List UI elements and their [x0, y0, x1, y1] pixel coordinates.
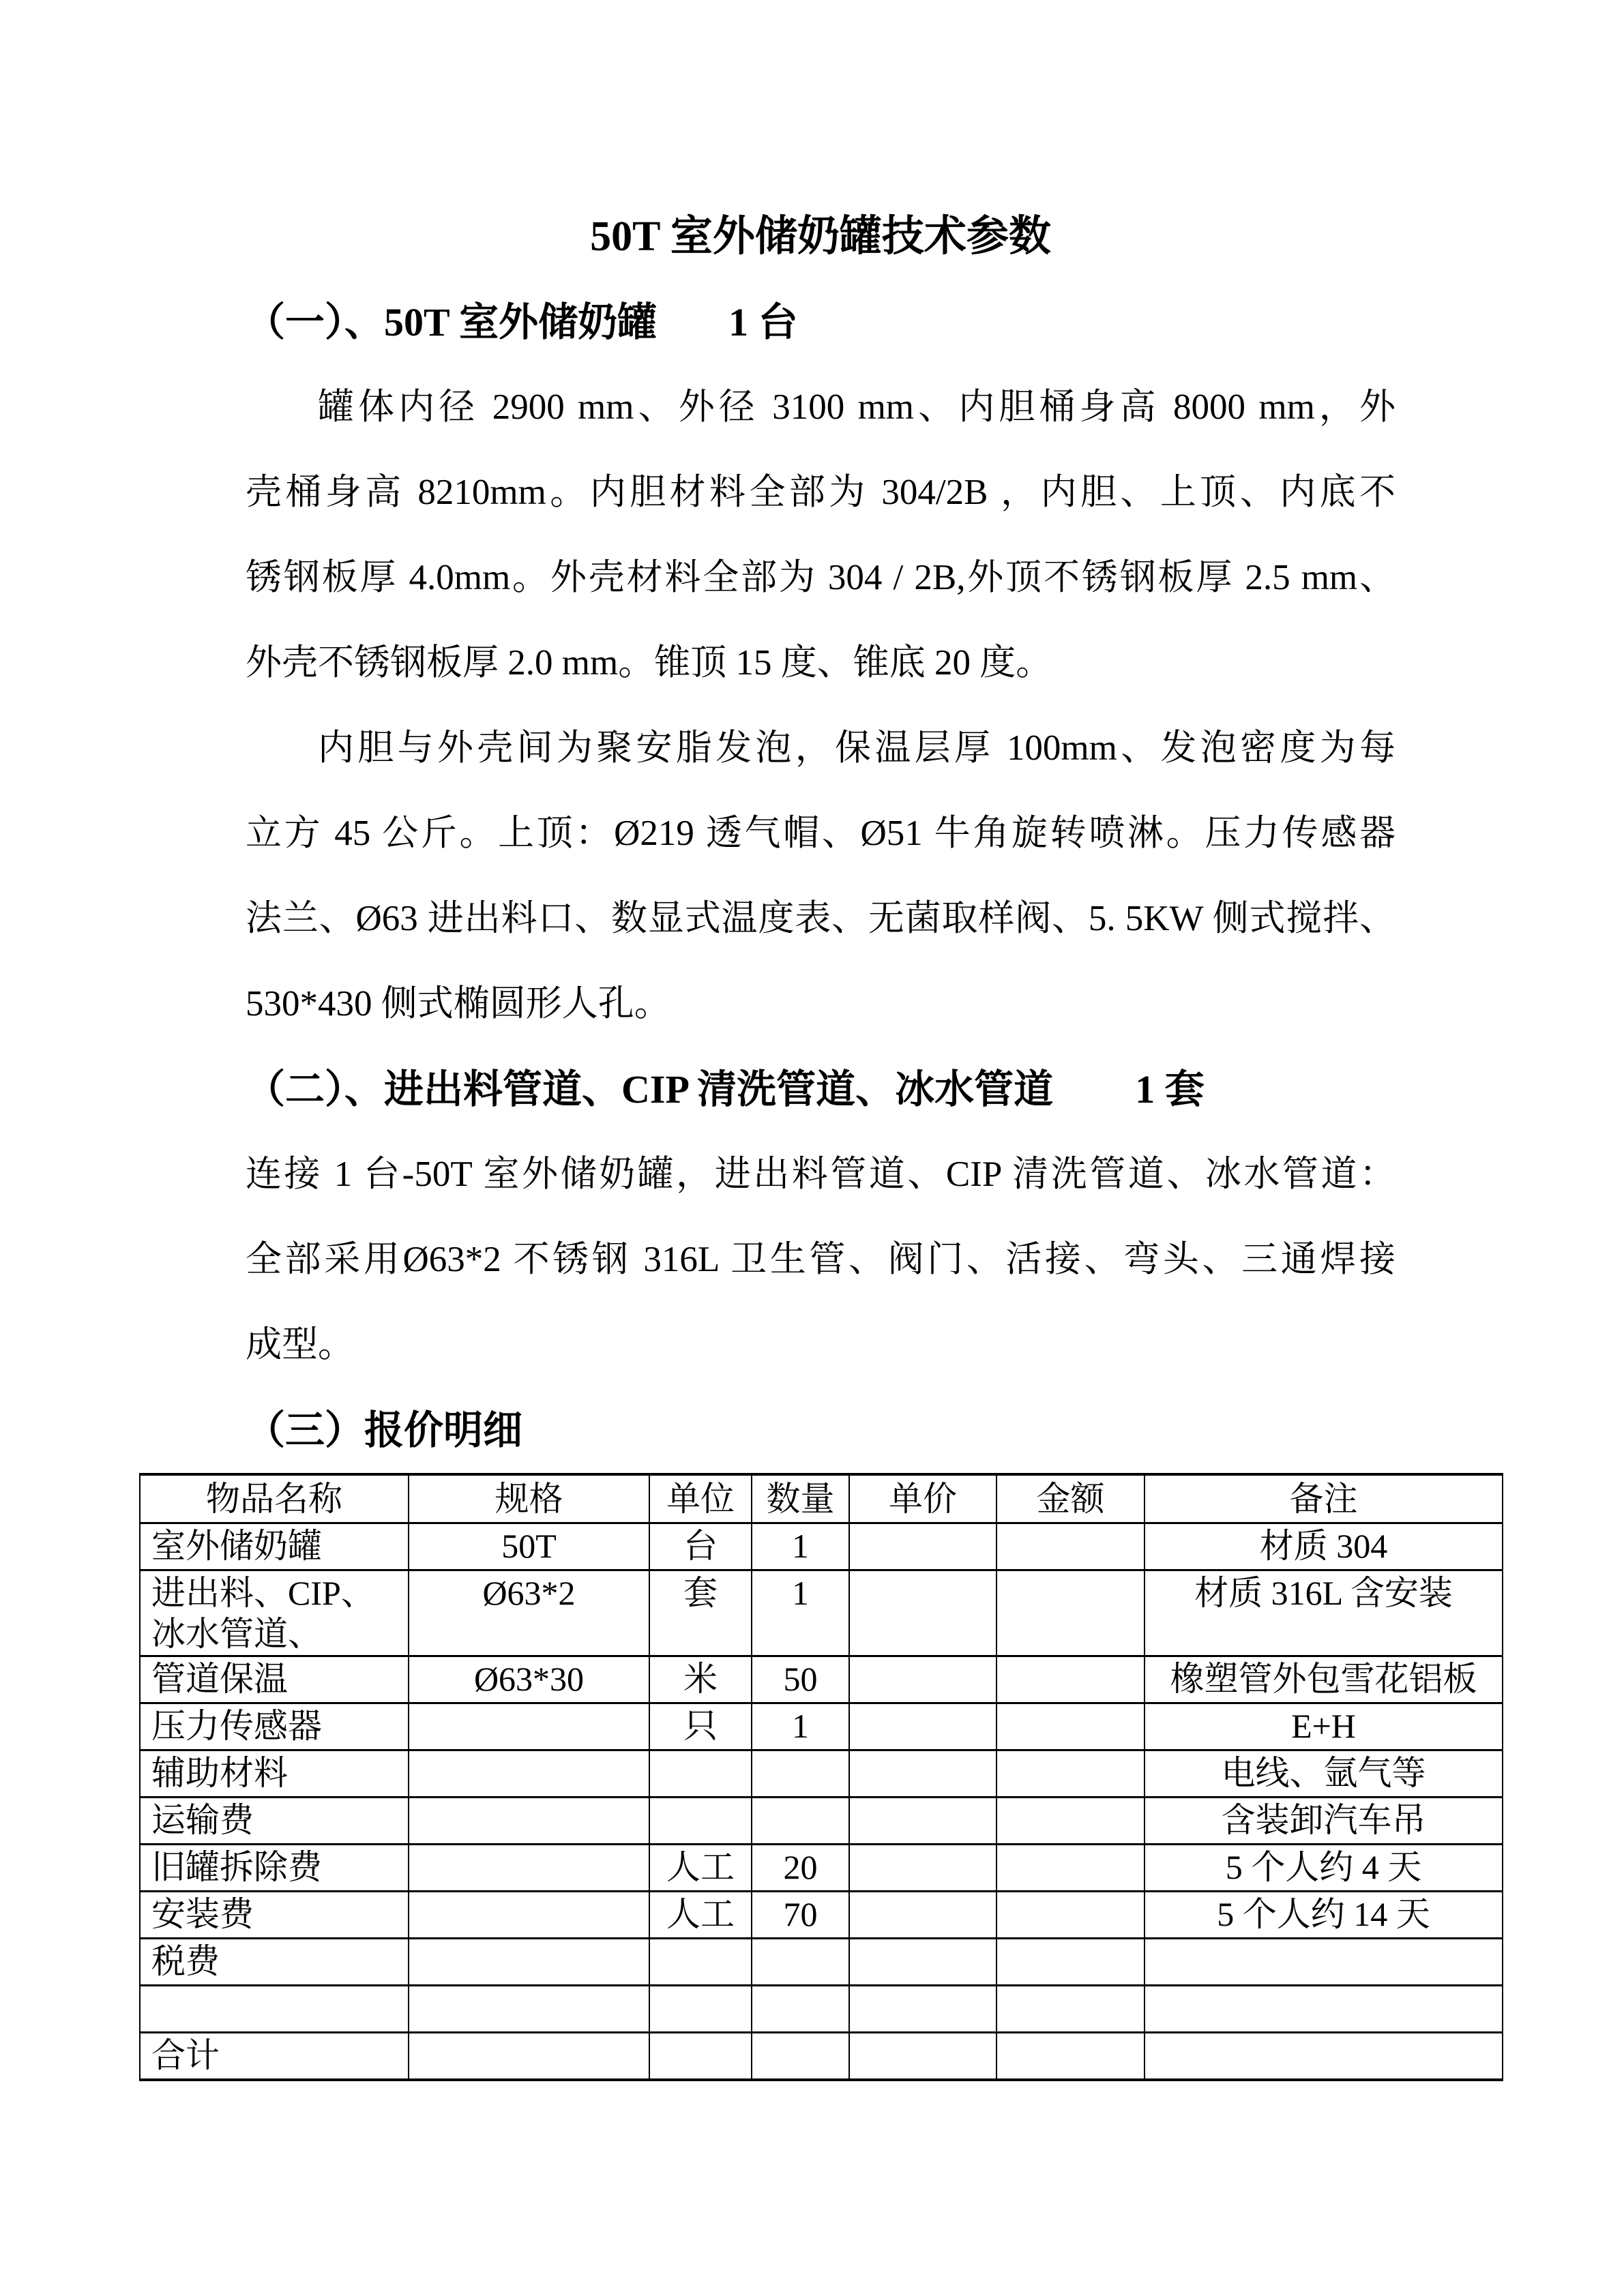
- table-cell: [409, 1986, 649, 2033]
- table-cell: 橡塑管外包雪花铝板: [1145, 1656, 1503, 1703]
- table-cell: 1: [752, 1570, 849, 1656]
- table-cell: 台: [649, 1523, 752, 1570]
- table-cell: [409, 1750, 649, 1798]
- table-cell: Ø63*2: [409, 1570, 649, 1656]
- table-cell: 进出料、CIP、冰水管道、: [140, 1570, 409, 1656]
- table-row: 旧罐拆除费人工205 个人约 4 天: [140, 1845, 1503, 1892]
- table-cell: [849, 1798, 996, 1845]
- table-header-cell: 单位: [649, 1474, 752, 1523]
- table-cell: 1: [752, 1703, 849, 1750]
- section3-heading: （三）报价明细: [246, 1388, 1396, 1473]
- table-row: 辅助材料电线、氩气等: [140, 1750, 1503, 1798]
- table-cell: 只: [649, 1703, 752, 1750]
- table-cell: [849, 1523, 996, 1570]
- table-cell: [752, 1798, 849, 1845]
- table-cell: 旧罐拆除费: [140, 1845, 409, 1892]
- table-cell: [409, 1703, 649, 1750]
- table-cell: 70: [752, 1892, 849, 1939]
- table-row: 税费: [140, 1939, 1503, 1986]
- table-cell: [649, 2033, 752, 2081]
- table-cell: 含装卸汽车吊: [1145, 1798, 1503, 1845]
- table-cell: [849, 1892, 996, 1939]
- table-cell: 套: [649, 1570, 752, 1656]
- section2-heading-text: （二）、进出料管道、CIP 清洗管道、冰水管道: [246, 1067, 1053, 1112]
- table-cell: Ø63*30: [409, 1656, 649, 1703]
- paragraph-line: 外壳不锈钢板厚 2.0 mm。锥顶 15 度、锥底 20 度。: [246, 621, 1396, 706]
- table-header-cell: 单价: [849, 1474, 996, 1523]
- table-cell: [1145, 1986, 1503, 2033]
- table-cell: [996, 1703, 1145, 1750]
- table-row: 安装费人工705 个人约 14 天: [140, 1892, 1503, 1939]
- table-cell: [849, 1656, 996, 1703]
- table-cell: [996, 1986, 1145, 2033]
- table-row: 压力传感器只1E+H: [140, 1703, 1503, 1750]
- paragraph-line: 锈钢板厚 4.0mm。外壳材料全部为 304 / 2B,外顶不锈钢板厚 2.5 …: [246, 535, 1396, 621]
- table-cell: [996, 1845, 1145, 1892]
- table-cell: [409, 1845, 649, 1892]
- paragraph-line: 罐体内径 2900 mm、外径 3100 mm、内胆桶身高 8000 mm，外: [246, 365, 1396, 450]
- paragraph-line: 530*430 侧式椭圆形人孔。: [246, 961, 1396, 1047]
- table-cell: 安装费: [140, 1892, 409, 1939]
- paragraph-line: 连接 1 台-50T 室外储奶罐，进出料管道、CIP 清洗管道、冰水管道：: [246, 1132, 1396, 1217]
- table-cell: [849, 2033, 996, 2081]
- table-cell: [409, 2033, 649, 2081]
- table-cell: 室外储奶罐: [140, 1523, 409, 1570]
- table-cell: 5 个人约 14 天: [1145, 1892, 1503, 1939]
- document-title: 50T 室外储奶罐技术参数: [246, 194, 1396, 280]
- table-cell: [752, 1986, 849, 2033]
- table-row: 运输费含装卸汽车吊: [140, 1798, 1503, 1845]
- table-cell: [409, 1798, 649, 1845]
- table-cell: [996, 1798, 1145, 1845]
- table-header-cell: 备注: [1145, 1474, 1503, 1523]
- table-cell: 材质 304: [1145, 1523, 1503, 1570]
- table-cell: [409, 1892, 649, 1939]
- table-row: 管道保温Ø63*30米50橡塑管外包雪花铝板: [140, 1656, 1503, 1703]
- section1-heading: （一）、50T 室外储奶罐1 台: [246, 280, 1396, 365]
- table-header-cell: 金额: [996, 1474, 1145, 1523]
- section2-quantity: 1 套: [1135, 1067, 1205, 1112]
- table-cell: 辅助材料: [140, 1750, 409, 1798]
- table-row: 合计: [140, 2033, 1503, 2081]
- table-cell: [849, 1750, 996, 1798]
- table-cell: [996, 1892, 1145, 1939]
- table-cell: [996, 1570, 1145, 1656]
- table-cell: 税费: [140, 1939, 409, 1986]
- document-page: 50T 室外储奶罐技术参数 （一）、50T 室外储奶罐1 台 罐体内径 2900…: [0, 0, 1624, 2296]
- table-cell: [849, 1703, 996, 1750]
- table-cell: 运输费: [140, 1798, 409, 1845]
- document-content: 50T 室外储奶罐技术参数 （一）、50T 室外储奶罐1 台 罐体内径 2900…: [246, 0, 1396, 2081]
- table-header-cell: 数量: [752, 1474, 849, 1523]
- table-cell: [140, 1986, 409, 2033]
- table-cell: [752, 2033, 849, 2081]
- table-cell: [649, 1798, 752, 1845]
- table-cell: [1145, 2033, 1503, 2081]
- table-cell: 50T: [409, 1523, 649, 1570]
- table-row: 室外储奶罐50T台1材质 304: [140, 1523, 1503, 1570]
- table-cell: [849, 1845, 996, 1892]
- table-cell: [752, 1939, 849, 1986]
- table-cell: [996, 1750, 1145, 1798]
- table-header-cell: 规格: [409, 1474, 649, 1523]
- table-cell: E+H: [1145, 1703, 1503, 1750]
- table-cell: [996, 1656, 1145, 1703]
- table-cell: [752, 1750, 849, 1798]
- paragraph-line: 法兰、Ø63 进出料口、数显式温度表、无菌取样阀、5. 5KW 侧式搅拌、: [246, 876, 1396, 961]
- section1-heading-text: （一）、50T 室外储奶罐: [246, 300, 657, 344]
- paragraph-line: 内胆与外壳间为聚安脂发泡，保温层厚 100mm、发泡密度为每: [246, 706, 1396, 791]
- table-cell: [996, 1523, 1145, 1570]
- section2-heading: （二）、进出料管道、CIP 清洗管道、冰水管道1 套: [246, 1047, 1396, 1132]
- table-cell: 米: [649, 1656, 752, 1703]
- table-cell: [1145, 1939, 1503, 1986]
- table-cell: [649, 1939, 752, 1986]
- table-cell: [409, 1939, 649, 1986]
- table-header-row: 物品名称规格单位数量单价金额备注: [140, 1474, 1503, 1523]
- table-cell: 材质 316L 含安装: [1145, 1570, 1503, 1656]
- paragraph-line: 全部采用Ø63*2 不锈钢 316L 卫生管、阀门、活接、弯头、三通焊接: [246, 1217, 1396, 1302]
- quote-table: 物品名称规格单位数量单价金额备注 室外储奶罐50T台1材质 304进出料、CIP…: [139, 1473, 1503, 2081]
- paragraph-line: 立方 45 公斤。上顶：Ø219 透气帽、Ø51 牛角旋转喷淋。压力传感器: [246, 791, 1396, 876]
- table-cell: [849, 1570, 996, 1656]
- table-cell: [996, 2033, 1145, 2081]
- table-cell: 电线、氩气等: [1145, 1750, 1503, 1798]
- table-row: 进出料、CIP、冰水管道、Ø63*2套1材质 316L 含安装: [140, 1570, 1503, 1656]
- section1-quantity: 1 台: [728, 300, 798, 344]
- table-cell: 5 个人约 4 天: [1145, 1845, 1503, 1892]
- table-cell: 20: [752, 1845, 849, 1892]
- table-cell: 1: [752, 1523, 849, 1570]
- table-body: 室外储奶罐50T台1材质 304进出料、CIP、冰水管道、Ø63*2套1材质 3…: [140, 1523, 1503, 2081]
- table-cell: 合计: [140, 2033, 409, 2081]
- table-row: [140, 1986, 1503, 2033]
- table-cell: 压力传感器: [140, 1703, 409, 1750]
- table-cell: 人工: [649, 1892, 752, 1939]
- table-cell: [996, 1939, 1145, 1986]
- table-cell: [849, 1939, 996, 1986]
- table-header-cell: 物品名称: [140, 1474, 409, 1523]
- table-cell: 管道保温: [140, 1656, 409, 1703]
- paragraph-line: 壳桶身高 8210mm。内胆材料全部为 304/2B ，内胆、上顶、内底不: [246, 450, 1396, 535]
- table-cell: [849, 1986, 996, 2033]
- table-cell: [649, 1986, 752, 2033]
- table-cell: [649, 1750, 752, 1798]
- paragraph-line: 成型。: [246, 1302, 1396, 1388]
- table-cell: 50: [752, 1656, 849, 1703]
- table-cell: 人工: [649, 1845, 752, 1892]
